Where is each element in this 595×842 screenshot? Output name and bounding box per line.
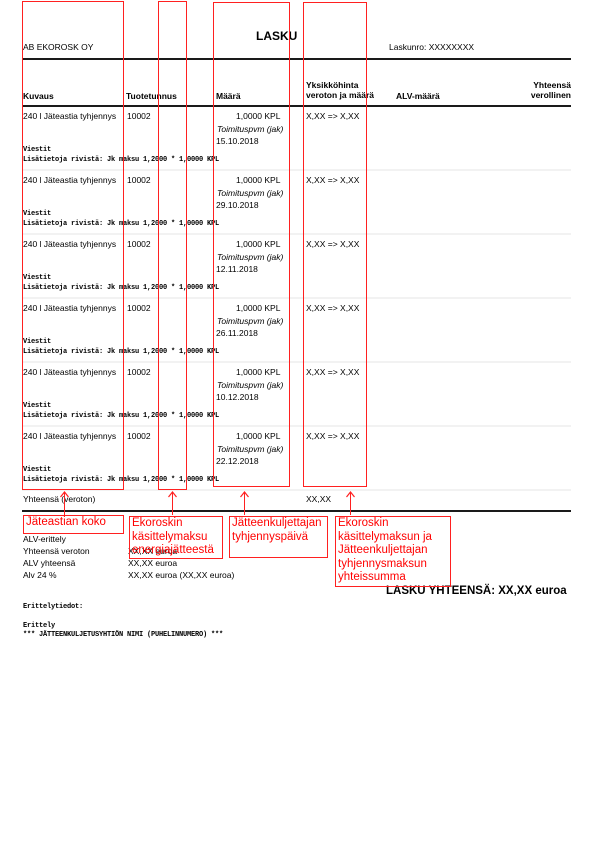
invoice-number: Laskunro: XXXXXXXX (389, 42, 474, 52)
subtotal-divider (22, 510, 571, 512)
annotation-label-container-size: Jäteastian koko (23, 515, 124, 534)
annotation-highlight-combined-sum (303, 2, 367, 487)
vat-row-value: XX,XX euroa (128, 558, 177, 568)
row-product-code: 10002 (127, 303, 151, 313)
arrow-up-icon (346, 491, 355, 500)
vat-breakdown-title: ALV-erittely (23, 534, 66, 544)
row-product-code: 10002 (127, 431, 151, 441)
row-product-code: 10002 (127, 367, 151, 377)
vat-row-label: Alv 24 % (23, 570, 57, 580)
row-product-code: 10002 (127, 239, 151, 249)
details-subheading: Erittely (23, 622, 55, 630)
vat-row-label: ALV yhteensä (23, 558, 75, 568)
subtotal-value: XX,XX (306, 494, 331, 504)
annotation-label-treatment-fee: Ekoroskin käsittelymaksu energiajätteest… (129, 516, 223, 559)
annotation-label-combined-sum: Ekoroskin käsittelymaksun ja Jätteenkulj… (335, 516, 451, 587)
arrow-up-icon (168, 491, 177, 500)
annotation-highlight-collection-date (213, 2, 290, 487)
annotation-highlight-treatment-fee (158, 1, 187, 490)
annotation-highlight-container-size (22, 1, 124, 490)
arrow-up-icon (240, 491, 249, 500)
column-header-total-line1: Yhteensä (531, 80, 571, 90)
column-header-total: Yhteensä verollinen (531, 80, 571, 100)
details-heading: Erittelytiedot: (23, 603, 83, 611)
details-company-line: *** JÄTTEENKULJETUSYHTIÖN NIMI (PUHELINN… (23, 631, 223, 639)
vat-row-label: Yhteensä veroton (23, 546, 90, 556)
row-product-code: 10002 (127, 111, 151, 121)
column-header-vat-amount: ALV-määrä (396, 91, 440, 101)
row-product-code: 10002 (127, 175, 151, 185)
arrow-up-icon (60, 491, 69, 500)
vat-row-value: XX,XX euroa (XX,XX euroa) (128, 570, 234, 580)
column-header-total-line2: verollinen (531, 90, 571, 100)
annotation-label-collection-date: Jätteenkuljettajan tyhjennyspäivä (229, 516, 328, 558)
